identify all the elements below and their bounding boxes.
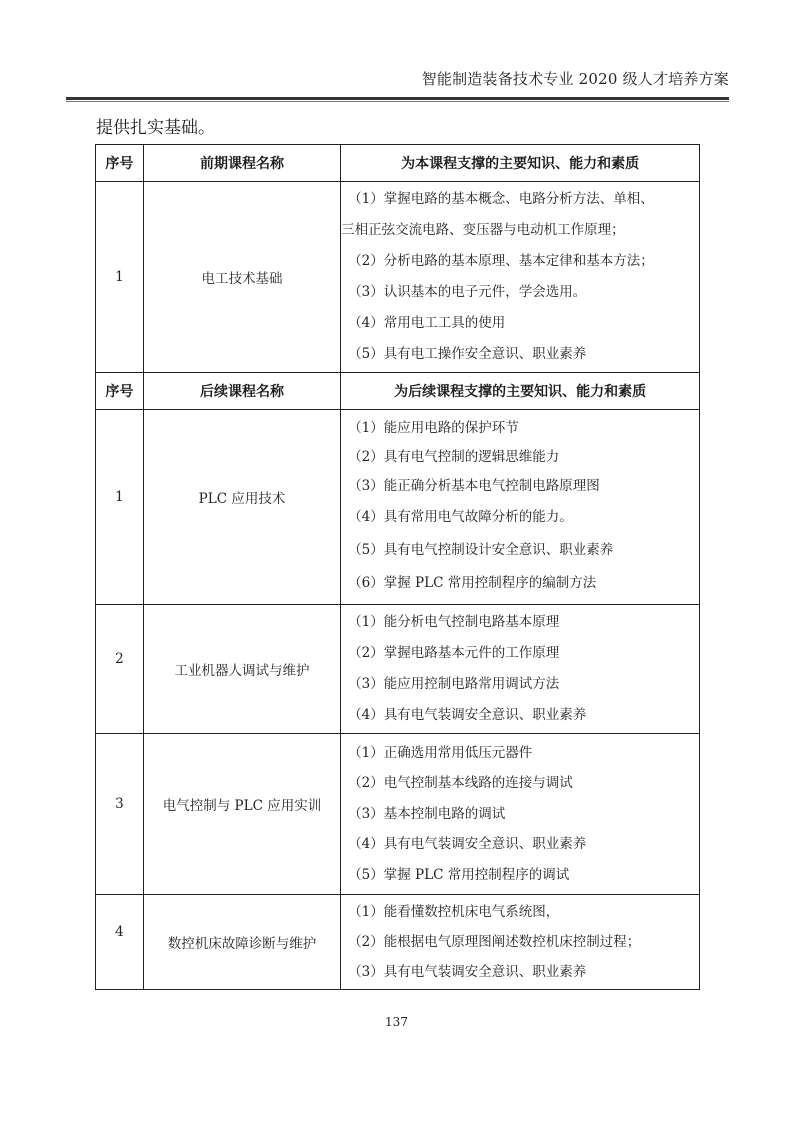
row-index: 2 (96, 605, 144, 734)
header-prior-support: 为本课程支撑的主要知识、能力和素质 (341, 145, 700, 182)
course-name: PLC 应用技术 (143, 410, 340, 605)
support-item: （3）能正确分析基本电气控制电路原理图 (348, 472, 693, 501)
support-item: （4）具有常用电气故障分析的能力。 (348, 501, 693, 534)
row-index: 1 (96, 182, 144, 373)
support-item: （1）能看懂数控机床电气系统图， (348, 897, 693, 927)
page-number: 137 (0, 1015, 793, 1029)
lead-paragraph: 提供扎实基础。 (96, 113, 215, 138)
header-prior-course-name: 前期课程名称 (143, 145, 340, 182)
support-item: （1）正确选用常用低压元器件 (348, 738, 693, 769)
support-items: （1）能应用电路的保护环节 （2）具有电气控制的逻辑思维能力 （3）能正确分析基… (341, 410, 700, 605)
support-item: （2）能根据电气原理图阐述数控机床控制过程； (348, 927, 693, 957)
support-item: （4）常用电工工具的使用 (348, 308, 693, 339)
support-item: （2）具有电气控制的逻辑思维能力 (348, 443, 693, 472)
table-row: 2 工业机器人调试与维护 （1）能分析电气控制电路基本原理 （2）掌握电路基本元… (96, 605, 700, 734)
support-item: （6）掌握 PLC 常用控制程序的编制方法 (348, 567, 693, 600)
support-item: （5）具有电工操作安全意识、职业素养 (348, 339, 693, 370)
table-row: 4 数控机床故障诊断与维护 （1）能看懂数控机床电气系统图， （2）能根据电气原… (96, 895, 700, 990)
support-items: （1）掌握电路的基本概念、电路分析方法、单相、 三相正弦交流电路、变压器与电动机… (341, 182, 700, 373)
support-item: （5）具有电气控制设计安全意识、职业素养 (348, 534, 693, 567)
header-index: 序号 (96, 373, 144, 410)
row-index: 3 (96, 734, 144, 895)
support-item: （4）具有电气装调安全意识、职业素养 (348, 829, 693, 860)
table-row: 1 PLC 应用技术 （1）能应用电路的保护环节 （2）具有电气控制的逻辑思维能… (96, 410, 700, 605)
support-item: （3）基本控制电路的调试 (348, 799, 693, 830)
support-item: （2）掌握电路基本元件的工作原理 (348, 638, 693, 669)
header-follow-support: 为后续课程支撑的主要知识、能力和素质 (341, 373, 700, 410)
support-item: （5）掌握 PLC 常用控制程序的调试 (348, 860, 693, 891)
header-rule (66, 97, 729, 100)
course-name: 电工技术基础 (143, 182, 340, 373)
table-row: 1 电工技术基础 （1）掌握电路的基本概念、电路分析方法、单相、 三相正弦交流电… (96, 182, 700, 373)
support-items: （1）能分析电气控制电路基本原理 （2）掌握电路基本元件的工作原理 （3）能应用… (341, 605, 700, 734)
row-index: 4 (96, 895, 144, 990)
course-support-table: 序号 前期课程名称 为本课程支撑的主要知识、能力和素质 1 电工技术基础 （1）… (95, 144, 700, 990)
header-follow-course-name: 后续课程名称 (143, 373, 340, 410)
support-item: （2）电气控制基本线路的连接与调试 (348, 768, 693, 799)
support-item: （3）能应用控制电路常用调试方法 (348, 669, 693, 700)
support-item: （1）能应用电路的保护环节 (348, 414, 693, 443)
support-item: （1）能分析电气控制电路基本原理 (348, 607, 693, 638)
header-rule-thin (66, 101, 729, 102)
follow-courses-header-row: 序号 后续课程名称 为后续课程支撑的主要知识、能力和素质 (96, 373, 700, 410)
support-item: （2）分析电路的基本原理、基本定律和基本方法； (348, 246, 693, 277)
support-item: 三相正弦交流电路、变压器与电动机工作原理； (341, 215, 693, 246)
table-row: 3 电气控制与 PLC 应用实训 （1）正确选用常用低压元器件 （2）电气控制基… (96, 734, 700, 895)
prior-courses-header-row: 序号 前期课程名称 为本课程支撑的主要知识、能力和素质 (96, 145, 700, 182)
header-index: 序号 (96, 145, 144, 182)
support-item: （3）具有电气装调安全意识、职业素养 (348, 957, 693, 987)
support-item: （1）掌握电路的基本概念、电路分析方法、单相、 (348, 184, 693, 215)
course-name: 数控机床故障诊断与维护 (143, 895, 340, 990)
course-name: 工业机器人调试与维护 (143, 605, 340, 734)
support-items: （1）能看懂数控机床电气系统图， （2）能根据电气原理图阐述数控机床控制过程； … (341, 895, 700, 990)
running-header-title: 智能制造装备技术专业 2020 级人才培养方案 (66, 68, 729, 89)
course-name: 电气控制与 PLC 应用实训 (143, 734, 340, 895)
row-index: 1 (96, 410, 144, 605)
support-items: （1）正确选用常用低压元器件 （2）电气控制基本线路的连接与调试 （3）基本控制… (341, 734, 700, 895)
support-item: （3）认识基本的电子元件，学会选用。 (348, 277, 693, 308)
support-item: （4）具有电气装调安全意识、职业素养 (348, 700, 693, 731)
